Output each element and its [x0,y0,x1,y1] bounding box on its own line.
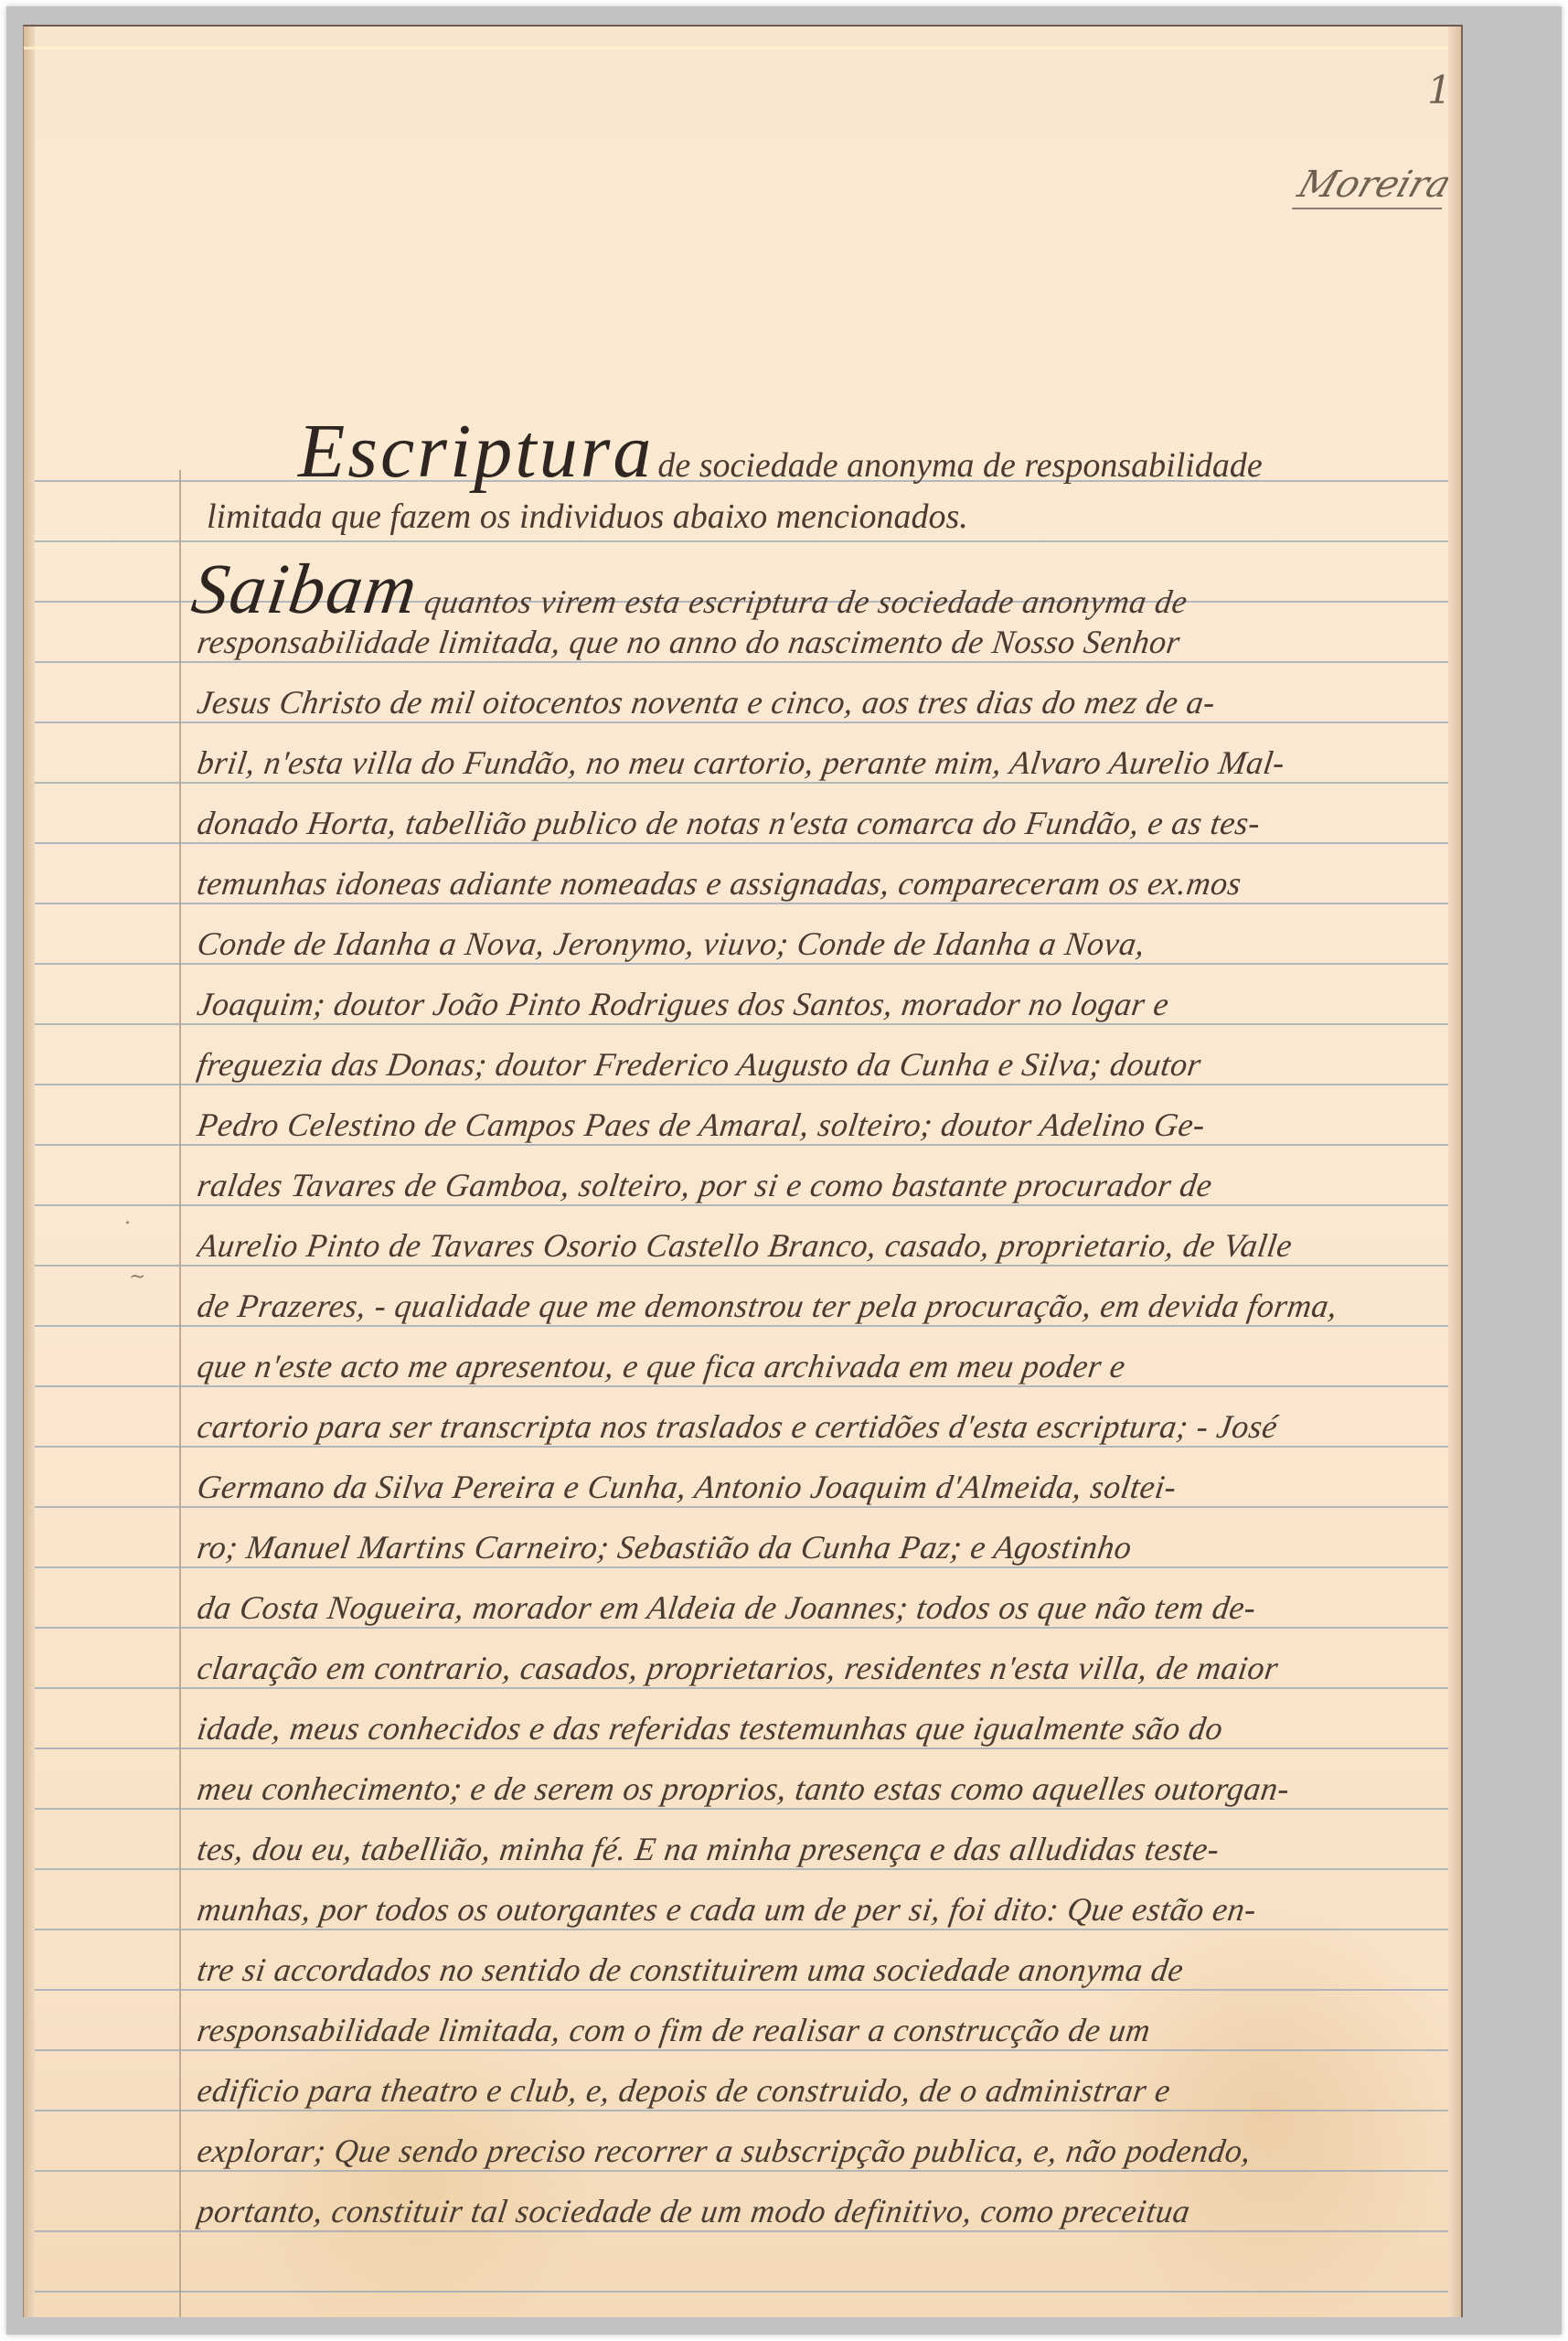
deed-body: Saibam quantos virem esta escriptura de … [24,27,1461,2317]
text-line: de Prazeres, - qualidade que me demonstr… [195,1287,1453,1325]
text-line: tre si accordados no sentido de constitu… [195,1951,1453,1989]
text-line: responsabilidade limitada, que no anno d… [195,623,1453,661]
text-line: cartorio para ser transcripta nos trasla… [195,1407,1453,1446]
text-line: freguezia das Donas; doutor Frederico Au… [195,1045,1453,1084]
ledger-page: 11 Moreira Escriptura de sociedade anony… [23,25,1463,2317]
text-line: donado Horta, tabellião publico de notas… [195,804,1453,842]
text-line: Pedro Celestino de Campos Paes de Amaral… [195,1106,1453,1144]
text-line: responsabilidade limitada, com o fim de … [195,2011,1453,2049]
text-line: bril, n'esta villa do Fundão, no meu car… [195,743,1453,782]
text-line: que n'este acto me apresentou, e que fic… [195,1347,1453,1385]
text-line: portanto, constituir tal sociedade de um… [195,2192,1453,2230]
margin-mark: . [124,1206,131,1229]
text-line: Joaquim; doutor João Pinto Rodrigues dos… [195,985,1453,1023]
text-line: Aurelio Pinto de Tavares Osorio Castello… [195,1226,1453,1265]
drop-word: Saibam [187,549,423,628]
text-line: temunhas idoneas adiante nomeadas e assi… [195,864,1453,903]
text-line: raldes Tavares de Gamboa, solteiro, por … [195,1166,1453,1204]
text-line: explorar; Que sendo preciso recorrer a s… [195,2132,1453,2170]
text-line: meu conhecimento; e de serem os proprios… [195,1769,1453,1808]
text-line: da Costa Nogueira, morador em Aldeia de … [195,1588,1453,1627]
text-line: Jesus Christo de mil oitocentos noventa … [195,683,1453,722]
margin-mark: ~ [129,1266,145,1288]
text-line: Saibam quantos virem esta escriptura de … [187,548,1452,630]
text-line: tes, dou eu, tabellião, minha fé. E na m… [195,1830,1453,1868]
text-line: munhas, por todos os outorgantes e cada … [195,1890,1453,1929]
right-margin-rule [1455,470,1456,2317]
text-line: idade, meus conhecidos e das referidas t… [195,1709,1453,1748]
text-line: Germano da Silva Pereira e Cunha, Antoni… [195,1468,1453,1506]
text-line: Conde de Idanha a Nova, Jeronymo, viuvo;… [195,925,1453,963]
text-line: edificio para theatro e club, e, depois … [195,2071,1453,2110]
text-line: ro; Manuel Martins Carneiro; Sebastião d… [195,1528,1453,1566]
text-line: claração em contrario, casados, propriet… [195,1649,1453,1687]
